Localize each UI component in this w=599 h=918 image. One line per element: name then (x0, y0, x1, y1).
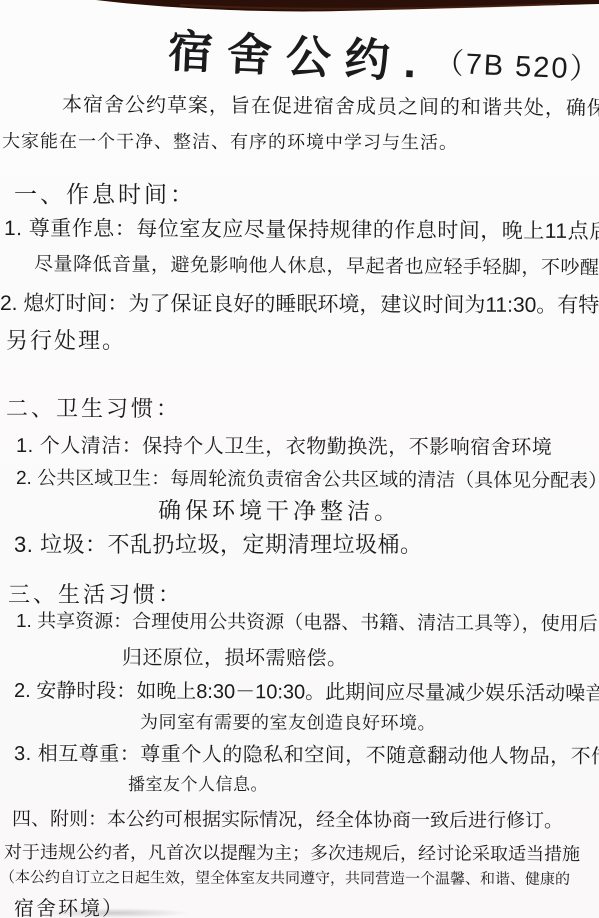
rule-line: 归还原位，损坏需赔偿。 (122, 641, 348, 671)
rule-line: 1. 尊重作息：每位室友应尽量保持规律的作息时间，晚上11点后 (4, 212, 599, 245)
rule-line: （本公约自订立之日起生效，望全体室友共同遵守，共同营造一个温馨、和谐、健康的 (0, 866, 570, 889)
rule-line: 2. 公共区域卫生：每周轮流负责宿舍公共区域的清洁（具体见分配表） (16, 463, 599, 493)
section-heading-2: 二、卫生习惯： (6, 392, 181, 423)
rule-line: 3. 垃圾：不乱扔垃圾，定期清理垃圾桶。 (14, 528, 422, 559)
rule-line: 2. 熄灯时间：为了保证良好的睡眠环境，建议时间为11:30。有特殊情况 (0, 287, 599, 319)
section-heading-3: 三、生活习惯： (8, 578, 183, 609)
rule-line: 另行处理。 (6, 324, 126, 355)
title-text: 宿舍公约. (167, 26, 431, 88)
paper-sheet: 宿舍公约. （7B 520） 本宿舍公约草案，旨在促进宿舍成员之间的和谐共处，确… (0, 0, 599, 918)
rule-line: 1. 共享资源：合理使用公共资源（电器、书籍、清洁工具等），使用后 (16, 606, 598, 636)
document-title: 宿舍公约. （7B 520） (167, 15, 599, 99)
section-heading-4: 四、附则：本公约可根据实际情况，经全体协商一致后进行修订。 (12, 804, 563, 833)
room-number-tag: （7B 520） (434, 47, 599, 86)
scan-smudge (40, 908, 190, 918)
rule-line: 尽量降低音量，避免影响他人休息，早起者也应轻手轻脚，不吵醒他人 (34, 249, 599, 280)
intro-line: 本宿舍公约草案，旨在促进宿舍成员之间的和谐共处，确保 (62, 88, 599, 121)
rule-line: 对于违规公约者，凡首次以提醒为主；多次违规后，经讨论采取适当措施 (4, 838, 580, 866)
rule-line: 确保环境干净整洁。 (158, 492, 401, 526)
rule-line: 为同室有需要的室友创造良好环境。 (140, 708, 436, 735)
rule-line: 1. 个人清洁：保持个人卫生，衣物勤换洗，不影响宿舍环境 (16, 429, 552, 460)
section-heading-1: 一、作息时间： (14, 176, 196, 209)
table-edge (0, 0, 599, 18)
rule-line: 播室友个人信息。 (128, 770, 268, 795)
intro-line: 大家能在一个干净、整洁、有序的环境中学习与生活。 (2, 127, 458, 155)
rule-line: 2. 安静时段：如晚上8:30－10:30。此期间应尽量减少娱乐活动噪音， (14, 674, 599, 706)
rule-line: 3. 相互尊重：尊重个人的隐私和空间，不随意翻动他人物品，不传 (14, 737, 599, 769)
